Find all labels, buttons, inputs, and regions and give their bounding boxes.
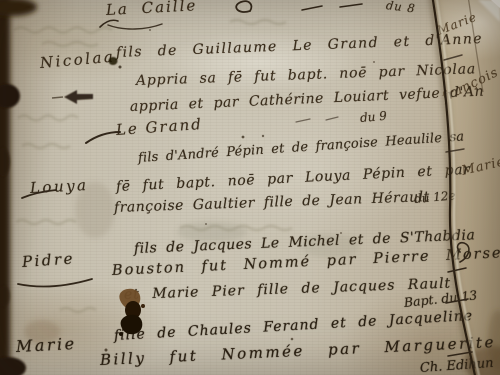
record-2-line: fils d'André Pépin et de françoise Heaul… [138, 130, 465, 165]
record-1-date: du 9 [359, 110, 387, 124]
manuscript-photo: Marie françois Marie La Caille du 8 Nico… [0, 0, 500, 375]
record-2-date: du 12e [413, 189, 455, 205]
record-1-margin-name: Nicolaa [39, 49, 116, 71]
record-1-line: appria et par Cathérine Louiart vefue d'… [130, 85, 485, 114]
record-2-margin-name: Louya [30, 178, 89, 196]
top-right-date: du 8 [385, 0, 416, 15]
page-heading: La Caille [106, 0, 198, 18]
record-3-margin-name: Pidre [21, 251, 75, 270]
record-4-margin-name: Marie [16, 336, 77, 355]
record-1-line: fils de Guillaume Le Grand et d'Anne [116, 32, 483, 60]
record-3-line: et Marie Pier fille de Jacques Rault [124, 277, 452, 302]
record-1-margin-footer: Le Grand [115, 117, 203, 138]
record-2-line: françoise Gaultier fille de Jean Hérault [114, 190, 430, 215]
record-1-line: Appria sa fē fut bapt. noē par Nicolaa [136, 62, 476, 88]
